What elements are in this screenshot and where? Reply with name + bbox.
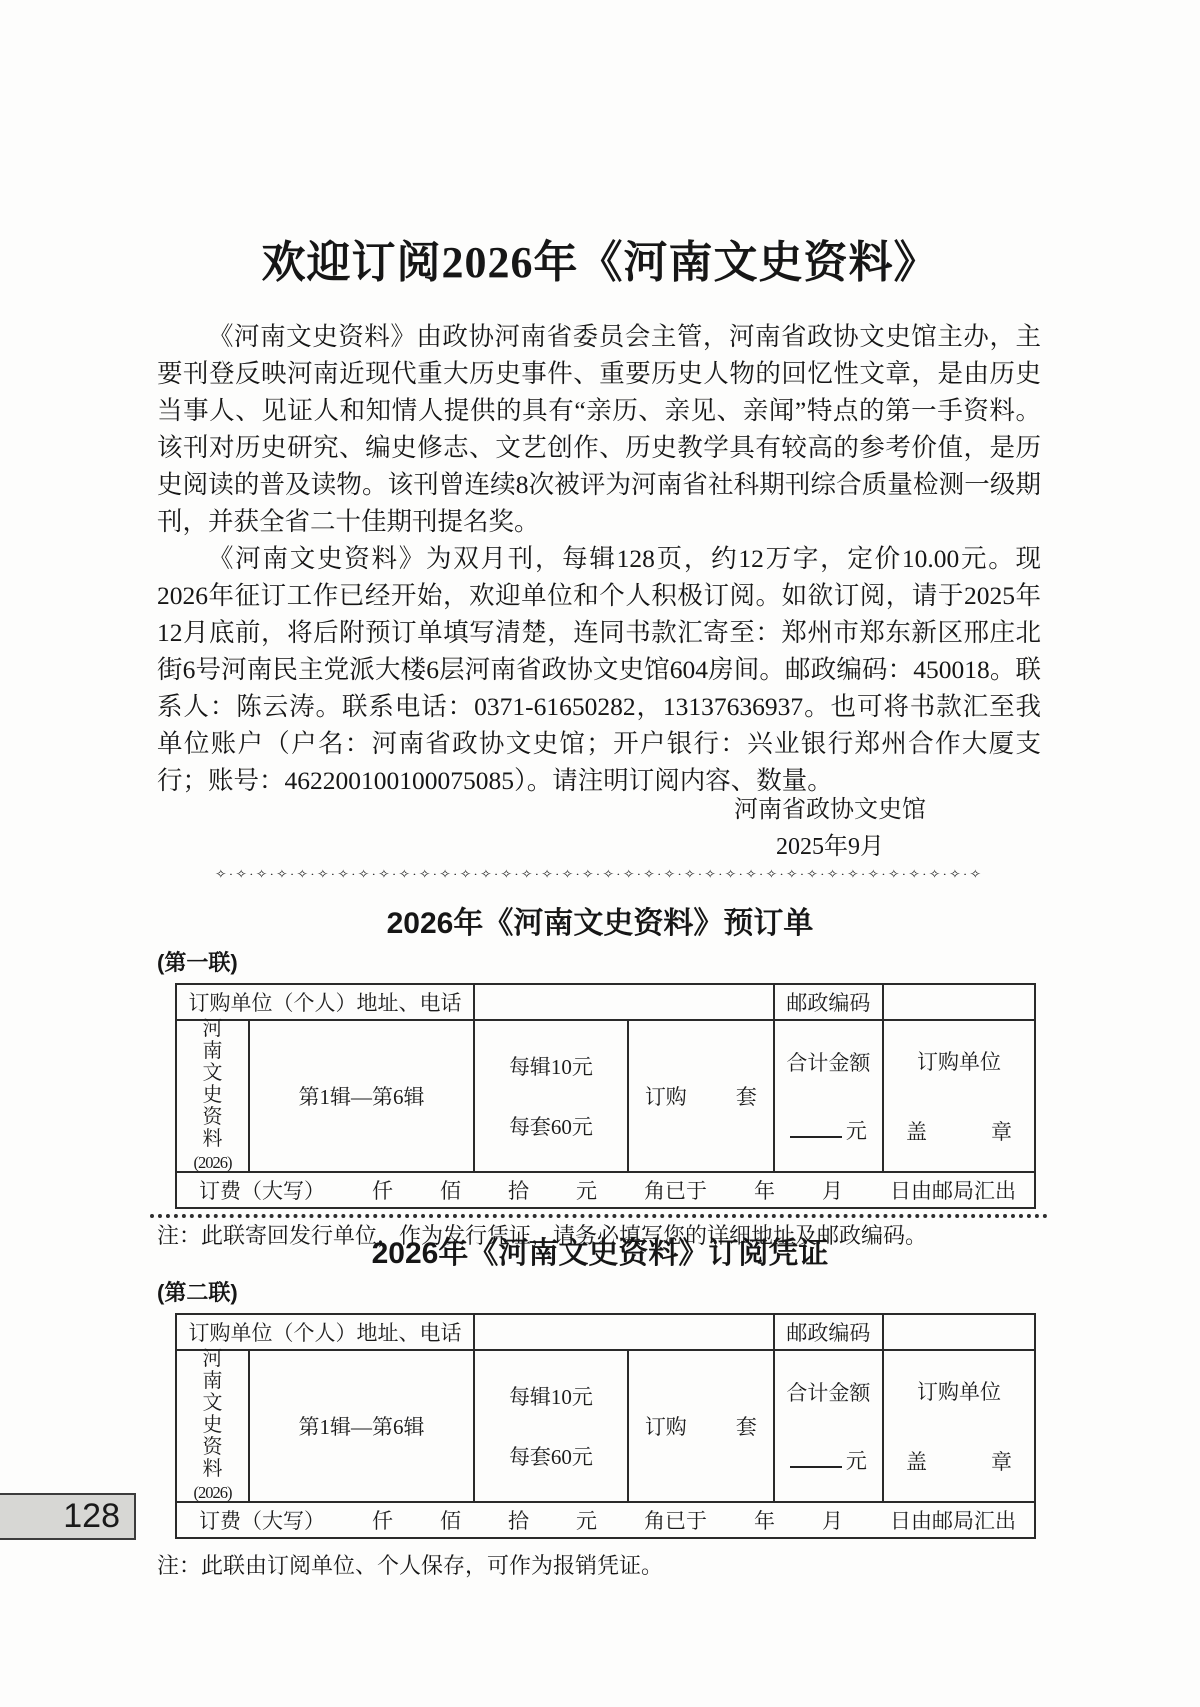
- fee-hundred: 佰: [440, 1505, 461, 1535]
- price-per-volume: 每辑10元: [475, 1381, 627, 1411]
- address-phone-label: 订购单位（个人）地址、电话: [176, 984, 474, 1020]
- journal-year: (2026): [194, 1482, 232, 1504]
- yuan-label: 元: [846, 1119, 867, 1143]
- address-phone-blank[interactable]: [474, 984, 774, 1020]
- yuan-label: 元: [846, 1449, 867, 1473]
- signature-date: 2025年9月: [660, 829, 1000, 866]
- fee-month: 月: [822, 1505, 843, 1535]
- page-number-badge: 128: [0, 1493, 136, 1540]
- fee-yuan: 元: [576, 1505, 597, 1535]
- postal-code-blank[interactable]: [883, 1314, 1035, 1350]
- journal-char: 资: [203, 1106, 223, 1128]
- signature-organization: 河南省政协文史馆: [660, 792, 1000, 829]
- journal-char: 史: [203, 1084, 223, 1106]
- stamp-cell: 订购单位 盖 章: [883, 1020, 1035, 1172]
- table-header-row: 订购单位（个人）地址、电话 邮政编码: [176, 1314, 1035, 1350]
- table-main-row: 河 南 文 史 资 料 (2026) 第1辑—第6辑 每辑10元 每套60元 订: [176, 1350, 1035, 1502]
- fee-amount-label: 订费（大写）: [199, 1505, 325, 1535]
- price-per-volume: 每辑10元: [475, 1051, 627, 1081]
- form2-title: 2026年《河南文史资料》订阅凭证: [0, 1228, 1200, 1272]
- total-amount-cell[interactable]: 合计金额 元: [774, 1350, 883, 1502]
- fee-jiao: 角已于: [644, 1505, 707, 1535]
- journal-char: 河: [203, 1348, 223, 1370]
- stamp-char-zhang: 章: [991, 1116, 1012, 1146]
- stamp-cell: 订购单位 盖 章: [883, 1350, 1035, 1502]
- total-amount-cell[interactable]: 合计金额 元: [774, 1020, 883, 1172]
- form2-note: 注：此联由订阅单位、个人保存，可作为报销凭证。: [157, 1549, 1200, 1580]
- fee-ten: 拾: [508, 1505, 529, 1535]
- address-phone-label: 订购单位（个人）地址、电话: [176, 1314, 474, 1350]
- journal-char: 南: [203, 1040, 223, 1062]
- table-fee-row: 订费（大写） 仟 佰 拾 元 角已于 年 月 日由邮局汇出: [176, 1172, 1035, 1208]
- order-form-copy1: 2026年《河南文史资料》预订单 (第一联) 订购单位（个人）地址、电话 邮政编…: [0, 898, 1200, 1250]
- journal-title-cell: 河 南 文 史 资 料 (2026): [176, 1350, 249, 1502]
- order-table: 订购单位（个人）地址、电话 邮政编码 河 南 文 史 资 料 (2026) 第1…: [175, 1313, 1036, 1539]
- postal-code-label: 邮政编码: [774, 1314, 883, 1350]
- order-quantity-cell[interactable]: 订购 套: [628, 1350, 774, 1502]
- fee-hundred: 佰: [440, 1175, 461, 1205]
- volumes-cell: 第1辑—第6辑: [249, 1350, 474, 1502]
- form1-copy-label: (第一联): [157, 946, 1200, 977]
- fee-year: 年: [754, 1175, 775, 1205]
- journal-char: 文: [203, 1062, 223, 1084]
- notice-paragraph-1: 《河南文史资料》由政协河南省委员会主管，河南省政协文史馆主办，主要刊登反映河南近…: [157, 318, 1041, 540]
- fee-thousand: 仟: [372, 1175, 393, 1205]
- set-unit-label: 套: [736, 1081, 757, 1111]
- dotted-cut-line: [150, 1214, 1048, 1218]
- set-unit-label: 套: [736, 1411, 757, 1441]
- amount-blank-line[interactable]: [790, 1462, 842, 1468]
- order-table: 订购单位（个人）地址、电话 邮政编码 河 南 文 史 资 料 (2026) 第1…: [175, 983, 1036, 1209]
- notice-paragraph-2: 《河南文史资料》为双月刊，每辑128页，约12万字，定价10.00元。现2026…: [157, 540, 1041, 799]
- price-cell: 每辑10元 每套60元: [474, 1350, 628, 1502]
- journal-char: 河: [203, 1018, 223, 1040]
- stamp-org-label: 订购单位: [917, 1046, 1001, 1076]
- stamp-char-gai: 盖: [906, 1116, 927, 1146]
- fee-month: 月: [822, 1175, 843, 1205]
- form2-copy-label: (第二联): [157, 1276, 1200, 1307]
- price-per-set: 每套60元: [475, 1441, 627, 1471]
- price-per-set: 每套60元: [475, 1111, 627, 1141]
- order-label: 订购: [645, 1081, 687, 1111]
- journal-char: 料: [203, 1458, 223, 1480]
- page-number: 128: [63, 1497, 120, 1536]
- order-form-copy2: 2026年《河南文史资料》订阅凭证 (第二联) 订购单位（个人）地址、电话 邮政…: [0, 1228, 1200, 1580]
- order-label: 订购: [645, 1411, 687, 1441]
- notice-body: 《河南文史资料》由政协河南省委员会主管，河南省政协文史馆主办，主要刊登反映河南近…: [157, 318, 1041, 799]
- stamp-char-gai: 盖: [906, 1446, 927, 1476]
- address-phone-blank[interactable]: [474, 1314, 774, 1350]
- diamond-ornament-divider: ✧·✧·✧·✧·✧·✧·✧·✧·✧·✧·✧·✧·✧·✧·✧·✧·✧·✧·✧·✧·…: [157, 868, 1041, 888]
- signature-block: 河南省政协文史馆 2025年9月: [660, 792, 1000, 866]
- journal-char: 资: [203, 1436, 223, 1458]
- form1-title: 2026年《河南文史资料》预订单: [0, 898, 1200, 942]
- fee-day-remit: 日由邮局汇出: [890, 1175, 1016, 1205]
- table-main-row: 河 南 文 史 资 料 (2026) 第1辑—第6辑 每辑10元 每套60元 订: [176, 1020, 1035, 1172]
- postal-code-label: 邮政编码: [774, 984, 883, 1020]
- stamp-char-zhang: 章: [991, 1446, 1012, 1476]
- fee-year: 年: [754, 1505, 775, 1535]
- page-title: 欢迎订阅2026年《河南文史资料》: [0, 226, 1200, 290]
- postal-code-blank[interactable]: [883, 984, 1035, 1020]
- table-header-row: 订购单位（个人）地址、电话 邮政编码: [176, 984, 1035, 1020]
- journal-char: 文: [203, 1392, 223, 1414]
- fee-yuan: 元: [576, 1175, 597, 1205]
- amount-blank-line[interactable]: [790, 1132, 842, 1138]
- fee-amount-label: 订费（大写）: [199, 1175, 325, 1205]
- journal-char: 史: [203, 1414, 223, 1436]
- fee-jiao: 角已于: [644, 1175, 707, 1205]
- journal-title-cell: 河 南 文 史 资 料 (2026): [176, 1020, 249, 1172]
- price-cell: 每辑10元 每套60元: [474, 1020, 628, 1172]
- journal-char: 南: [203, 1370, 223, 1392]
- order-quantity-cell[interactable]: 订购 套: [628, 1020, 774, 1172]
- stamp-org-label: 订购单位: [917, 1376, 1001, 1406]
- journal-year: (2026): [194, 1152, 232, 1174]
- volumes-cell: 第1辑—第6辑: [249, 1020, 474, 1172]
- total-amount-label: 合计金额: [775, 1047, 882, 1077]
- fee-thousand: 仟: [372, 1505, 393, 1535]
- table-fee-row: 订费（大写） 仟 佰 拾 元 角已于 年 月 日由邮局汇出: [176, 1502, 1035, 1538]
- total-amount-label: 合计金额: [775, 1377, 882, 1407]
- fee-ten: 拾: [508, 1175, 529, 1205]
- fee-day-remit: 日由邮局汇出: [890, 1505, 1016, 1535]
- journal-char: 料: [203, 1128, 223, 1150]
